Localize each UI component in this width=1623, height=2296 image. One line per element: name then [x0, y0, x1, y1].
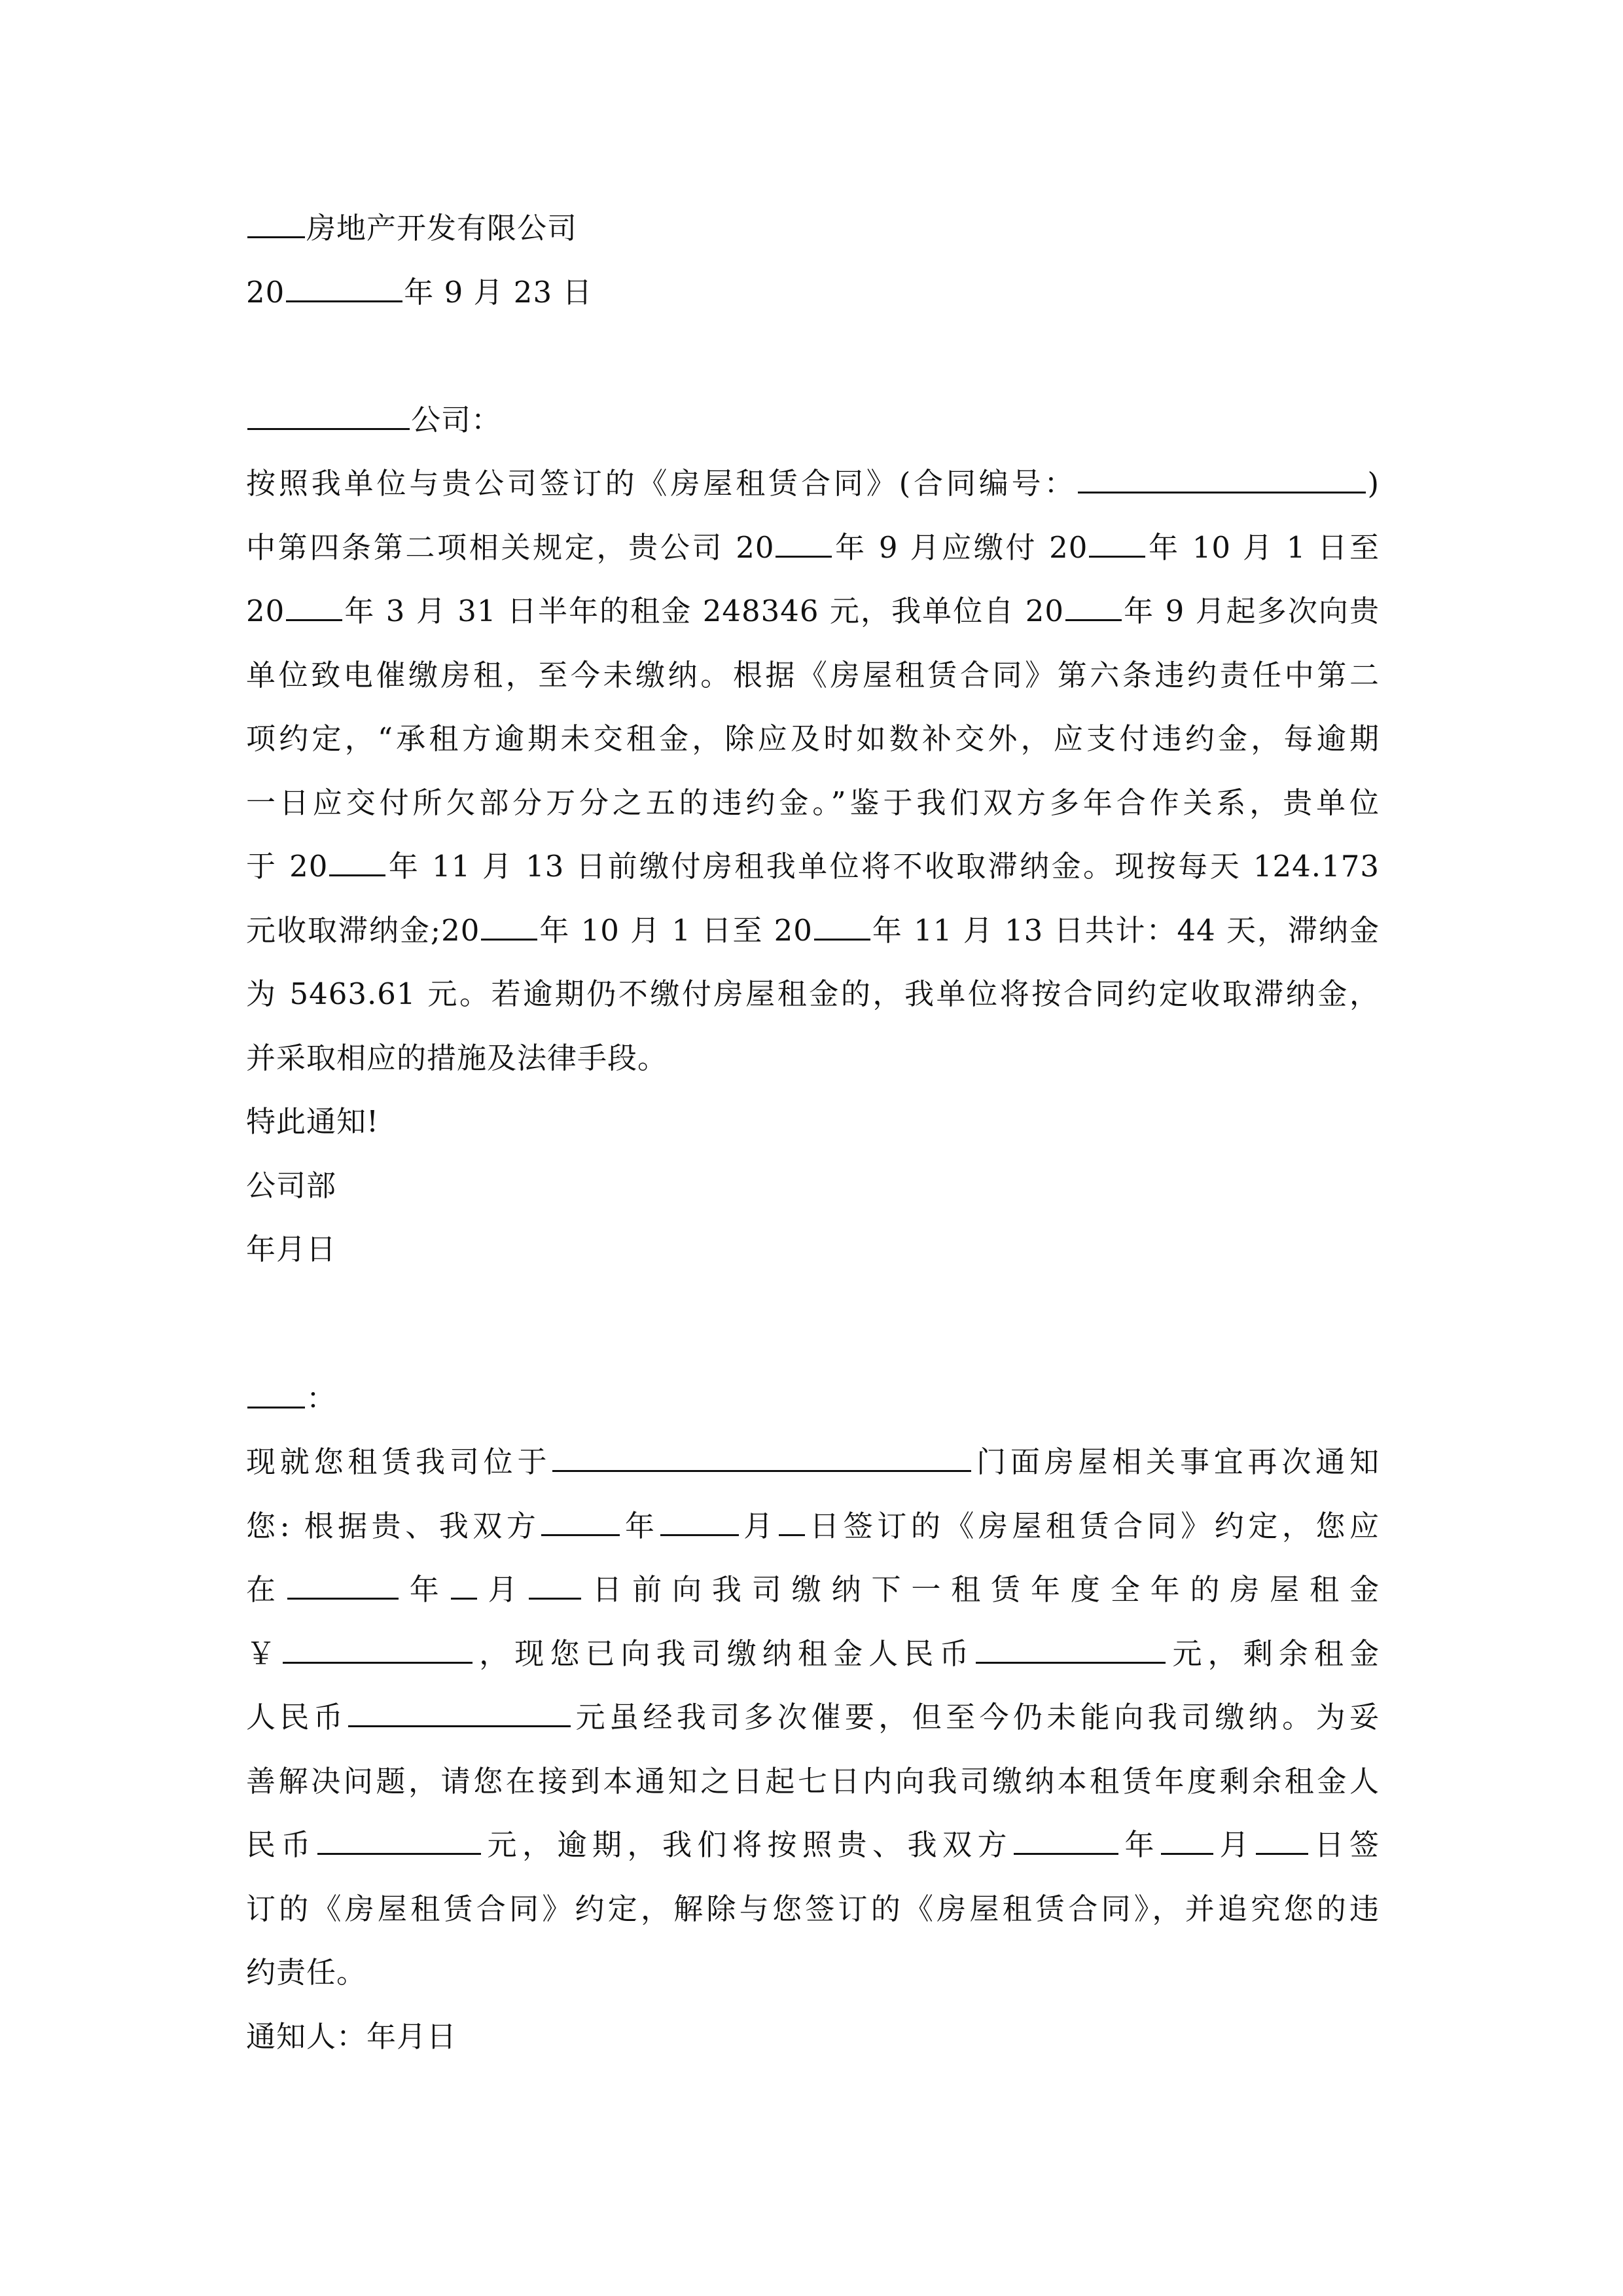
notice1-closing: 特此通知!: [246, 1090, 1380, 1154]
text: 项约定，“承租方逾期未交租金，除应及时如数补交外，应支付违约金，每逾期: [246, 721, 1380, 756]
currency-symbol: ￥: [246, 1636, 281, 1671]
company-suffix: 房地产开发有限公司: [306, 211, 577, 245]
header-date-line: 20年 9 月 23 日: [246, 260, 1380, 325]
day-blank: [779, 1508, 805, 1536]
notice1-line-5: 项约定，“承租方逾期未交租金，除应及时如数补交外，应支付违约金，每逾期: [246, 707, 1380, 771]
year-blank: [329, 848, 385, 876]
notice2-line-7: 民币元，逾期，我们将按照贵、我双方年月日签: [246, 1813, 1380, 1877]
text: 于 20: [246, 849, 328, 884]
text: 单位致电催缴房租，至今未缴纳。根据《房屋租赁合同》第六条违约责任中第二: [246, 658, 1380, 692]
notice2-signature: 通知人：年月日: [246, 2005, 1380, 2069]
remaining-amount-blank: [348, 1699, 571, 1727]
year-blank: [776, 529, 832, 558]
notice2-line-9: 约责任。: [246, 1941, 1380, 2005]
year-blank: [1089, 529, 1145, 558]
text: 年 11 月 13 日共计：44 天，滞纳金: [872, 913, 1380, 948]
text: 元，剩余租金: [1167, 1636, 1380, 1671]
text: 为 5463.61 元。若逾期仍不缴付房屋租金的，我单位将按合同约定收取滞纳金，: [246, 977, 1380, 1011]
contract-number-blank: [1078, 465, 1366, 493]
text: 月: [478, 1572, 528, 1607]
notice1-line-1: 按照我单位与贵公司签订的《房屋租赁合同》(合同编号：): [246, 452, 1380, 516]
text: 年 9 月应缴付 20: [833, 530, 1088, 565]
notice2-line-1: 现就您租赁我司位于门面房屋相关事宜再次通知: [246, 1430, 1380, 1494]
address-blank: [552, 1444, 971, 1472]
text: 现就您租赁我司位于: [246, 1444, 551, 1479]
month-blank: [660, 1508, 739, 1536]
notice1-salutation: 公司：: [246, 388, 1380, 452]
text: 善解决问题，请您在接到本通知之日起七日内向我司缴纳本租赁年度剩余租金人: [246, 1764, 1380, 1799]
year-blank: [1065, 593, 1122, 621]
notice1-line-7: 于 20年 11 月 13 日前缴付房租我单位将不收取滞纳金。现按每天 124.…: [246, 834, 1380, 899]
notice2-line-3: 在年月日前向我司缴纳下一租赁年度全年的房屋租金: [246, 1558, 1380, 1622]
salutation-text: 公司：: [411, 403, 501, 437]
text: 年 3 月 31 日半年的租金 248346 元，我单位自 20: [344, 594, 1064, 628]
text: 民币: [246, 1827, 316, 1862]
notice2-line-4: ￥，现您已向我司缴纳租金人民币元，剩余租金: [246, 1622, 1380, 1686]
notice2-line-2: 您: 根据贵、我双方年月日签订的《房屋租赁合同》约定，您应: [246, 1494, 1380, 1558]
text: 订的《房屋租赁合同》约定，解除与您签订的《房屋租赁合同》，并追究您的违: [246, 1892, 1380, 1926]
text: 日签订的《房屋租赁合同》约定，您应: [806, 1509, 1380, 1543]
recipient-blank: [247, 1380, 305, 1408]
year-blank: [286, 593, 342, 621]
text: 元，逾期，我们将按照贵、我双方: [482, 1827, 1012, 1862]
notice1-line-6: 一日应交付所欠部分万分之五的违约金。”鉴于我们双方多年合作关系，贵单位: [246, 771, 1380, 835]
text: 中第四条第二项相关规定，贵公司 20: [246, 530, 774, 565]
year-blank: [286, 274, 402, 302]
notice1-line-9: 为 5463.61 元。若逾期仍不缴付房屋租金的，我单位将按合同约定收取滞纳金，: [246, 962, 1380, 1026]
text: 年 10 月 1 日至: [1147, 530, 1380, 565]
notice2-line-5: 人民币元虽经我司多次催要，但至今仍未能向我司缴纳。为妥: [246, 1685, 1380, 1749]
text: 元虽经我司多次催要，但至今仍未能向我司缴纳。为妥: [572, 1700, 1380, 1734]
notice1-line-8: 元收取滞纳金;20年 10 月 1 日至 20年 11 月 13 日共计：44 …: [246, 899, 1380, 963]
text: 年 11 月 13 日前缴付房租我单位将不收取滞纳金。现按每天 124.173: [387, 849, 1380, 884]
date-prefix: 20: [246, 275, 285, 310]
notice2-line-6: 善解决问题，请您在接到本通知之日起七日内向我司缴纳本租赁年度剩余租金人: [246, 1749, 1380, 1814]
spacer: [246, 324, 1380, 388]
text: 约责任。: [246, 1955, 366, 1990]
paid-amount-blank: [976, 1636, 1166, 1664]
year-blank: [481, 912, 537, 941]
date-suffix: 年 9 月 23 日: [404, 275, 592, 310]
month-blank: [451, 1571, 477, 1600]
text: 年: [1120, 1827, 1160, 1862]
text: 按照我单位与贵公司签订的《房屋租赁合同》(合同编号：: [246, 466, 1077, 501]
notice2-line-8: 订的《房屋租赁合同》约定，解除与您签订的《房屋租赁合同》，并追究您的违: [246, 1877, 1380, 1941]
text: 年: [621, 1509, 658, 1543]
text: 一日应交付所欠部分万分之五的违约金。”鉴于我们双方多年合作关系，贵单位: [246, 785, 1380, 820]
year-blank: [287, 1571, 399, 1600]
text: 年: [400, 1572, 450, 1607]
amount-blank: [317, 1827, 481, 1855]
notice1-line-10: 并采取相应的措施及法律手段。: [246, 1026, 1380, 1090]
text: ，现您已向我司缴纳租金人民币: [474, 1636, 974, 1671]
text: 人民币: [246, 1700, 347, 1734]
notice1-line-4: 单位致电催缴房租，至今未缴纳。根据《房屋租赁合同》第六条违约责任中第二: [246, 643, 1380, 708]
text: 元收取滞纳金;20: [246, 913, 480, 948]
text: 日前向我司缴纳下一租赁年度全年的房屋租金: [582, 1572, 1380, 1607]
recipient-blank: [247, 402, 410, 430]
notice1-line-3: 20年 3 月 31 日半年的租金 248346 元，我单位自 20年 9 月起…: [246, 579, 1380, 643]
company-name-line: 房地产开发有限公司: [246, 196, 1380, 260]
text: 门面房屋相关事宜再次通知: [972, 1444, 1380, 1479]
notice2-salutation: ：: [246, 1367, 1380, 1431]
year-blank: [814, 912, 870, 941]
notice1-date: 年月日: [246, 1217, 1380, 1282]
text: 在: [246, 1572, 286, 1607]
text: 月: [740, 1509, 777, 1543]
text: 月: [1215, 1827, 1255, 1862]
text: 您: 根据贵、我双方: [246, 1509, 540, 1543]
text: 日签: [1310, 1827, 1380, 1862]
rent-amount-blank: [283, 1636, 473, 1664]
document-page: 房地产开发有限公司 20年 9 月 23 日 公司： 按照我单位与贵公司签订的《…: [246, 196, 1380, 2068]
notice1-signature: 公司部: [246, 1154, 1380, 1218]
day-blank: [1256, 1827, 1308, 1855]
year-blank: [1014, 1827, 1118, 1855]
text: 年 10 月 1 日至 20: [539, 913, 813, 948]
text: 年 9 月起多次向贵: [1123, 594, 1380, 628]
text: 20: [246, 594, 285, 628]
spacer: [246, 1282, 1380, 1367]
day-blank: [529, 1571, 581, 1600]
text: ): [1367, 466, 1380, 501]
month-blank: [1161, 1827, 1213, 1855]
notice1-line-2: 中第四条第二项相关规定，贵公司 20年 9 月应缴付 20年 10 月 1 日至: [246, 516, 1380, 580]
company-name-blank: [247, 210, 305, 238]
salutation-text: ：: [306, 1381, 336, 1416]
year-blank: [541, 1508, 620, 1536]
text: 并采取相应的措施及法律手段。: [246, 1041, 668, 1075]
